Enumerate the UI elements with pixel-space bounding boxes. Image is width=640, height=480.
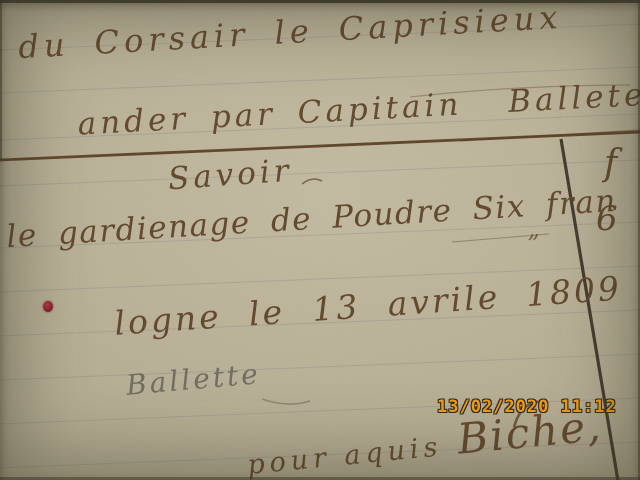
ledger-heading: Savoir: [167, 156, 293, 196]
header-line-captain: ander par CapitainBallete: [0, 49, 640, 176]
red-wax-dot: [43, 301, 53, 312]
francs-symbol: f: [604, 146, 617, 182]
pencil-signature: Ballette: [125, 360, 262, 400]
savoir-flourish-stroke: [302, 179, 322, 184]
date-year: 1809: [525, 271, 623, 311]
ledger-amount: 6: [596, 202, 618, 236]
captain-name: Ballete: [507, 80, 640, 118]
camera-timestamp: 13/02/2020 11:12: [437, 397, 617, 417]
header-line-captain-text: ander par Capitain: [77, 86, 463, 142]
header-line-corsair: du Corsair le Caprisieux: [18, 1, 564, 63]
ditto-mark: „: [526, 217, 540, 242]
photographed-manuscript: du Corsair le Caprisieux ander par Capit…: [0, 0, 640, 480]
date-place-text: logne le 13 avrile: [113, 277, 501, 343]
footer-acquit-text: pour aquis: [246, 431, 444, 480]
date-line: logne le 13 avrile1809: [1, 239, 625, 381]
pencil-flourish-stroke: [262, 399, 310, 404]
